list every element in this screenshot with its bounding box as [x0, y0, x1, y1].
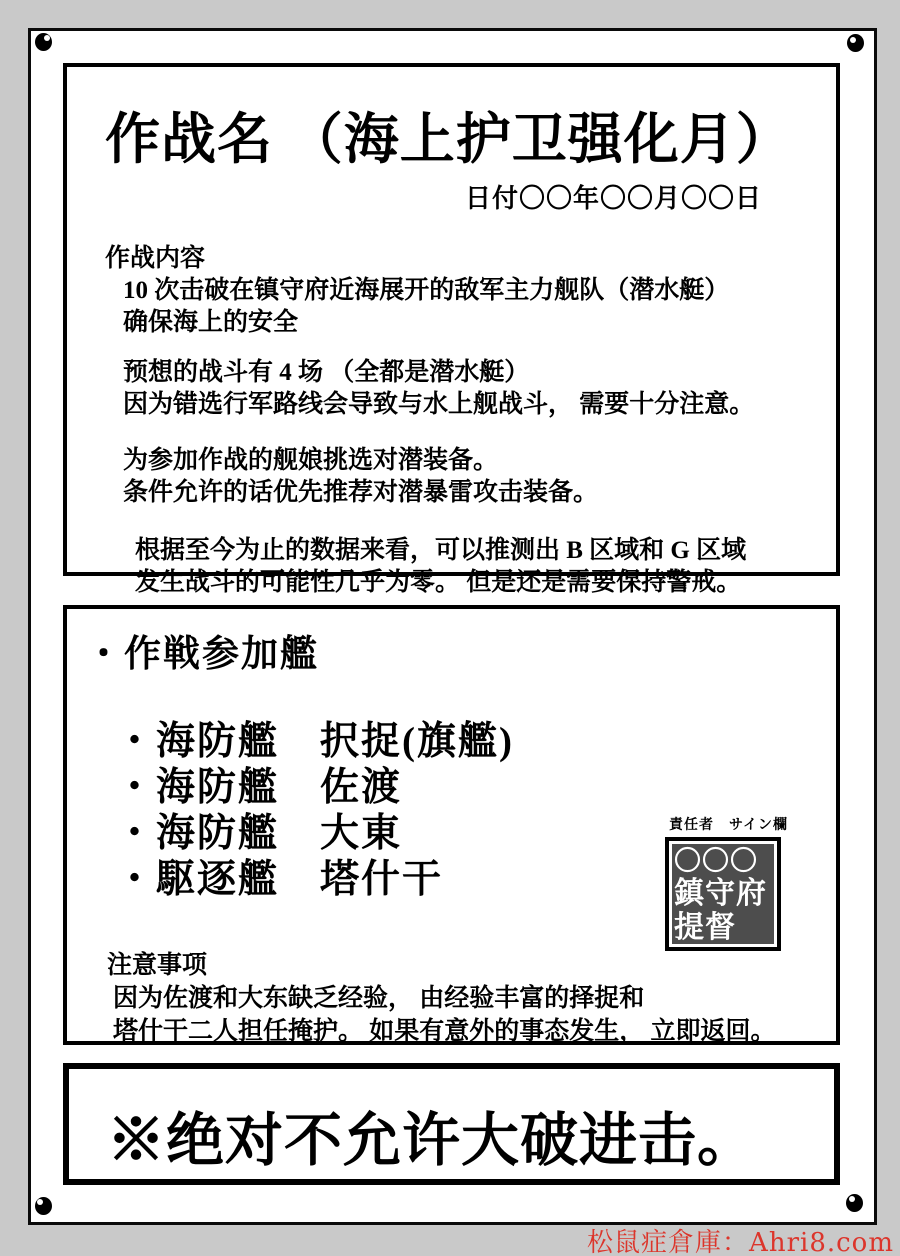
commander-stamp-face: 〇〇〇 鎮守府 提督 — [672, 844, 774, 944]
signature-area: 責任者 サイン欄 〇〇〇 鎮守府 提督 — [665, 814, 790, 951]
stamp-line: 鎮守府 — [674, 877, 772, 911]
operation-line: 因为错选行军路线会导致与水上舰战斗， 需要十分注意。 — [123, 389, 836, 421]
operation-line: 10 次击破在镇守府近海展开的敌军主力舰队（潜水艇） — [123, 275, 836, 307]
operation-order-box: 作战名 （海上护卫强化月） 日付〇〇年〇〇月〇〇日 作战内容 10 次击破在镇守… — [63, 63, 840, 576]
screw-top-right-icon — [847, 34, 864, 52]
notes-line: 因为佐渡和大东缺乏经验， 由经验丰富的择捉和 — [113, 982, 776, 1015]
fleet-box: ・作戦参加艦 ・海防艦 択捉(旗艦) ・海防艦 佐渡 ・海防艦 大東 ・駆逐艦 … — [63, 605, 840, 1045]
operation-line: 条件允许的话优先推荐对潜暴雷攻击装备。 — [123, 477, 836, 509]
operation-line: 预想的战斗有 4 场 （全都是潜水艇） — [123, 357, 836, 389]
operation-line: 根据至今为止的数据来看，可以推测出 B 区域和 G 区域 — [135, 535, 836, 567]
operation-line: 为参加作战的舰娘挑选对潜装备。 — [123, 445, 836, 477]
stamp-label: 責任者 サイン欄 — [669, 814, 790, 834]
operation-body: 作战内容 10 次击破在镇守府近海展开的敌军主力舰队（潜水艇） 确保海上的安全 … — [67, 243, 836, 599]
ship-list-item: ・海防艦 択捉(旗艦) — [115, 719, 836, 765]
operation-line: 发生战斗的可能性几乎为零。 但是还是需要保持警戒。 — [135, 567, 836, 599]
notes-heading: 注意事项 — [107, 949, 776, 982]
operation-title: 作战名 （海上护卫强化月） — [105, 95, 836, 174]
operation-date: 日付〇〇年〇〇月〇〇日 — [67, 178, 836, 215]
poster-sheet: 作战名 （海上护卫强化月） 日付〇〇年〇〇月〇〇日 作战内容 10 次击破在镇守… — [28, 28, 877, 1225]
ship-list-item: ・海防艦 佐渡 — [115, 765, 836, 811]
operation-content-heading: 作战内容 — [105, 243, 836, 275]
screw-top-left-icon — [35, 33, 52, 51]
warning-box: ※绝对不允许大破进击。 — [63, 1063, 840, 1185]
notes-line: 塔什干二人担任掩护。 如果有意外的事态发生， 立即返回。 — [113, 1015, 776, 1048]
watermark: 松鼠症倉庫：Ahri8.com — [587, 1222, 894, 1256]
warning-text: ※绝对不允许大破进击。 — [107, 1093, 834, 1177]
notes-section: 注意事项 因为佐渡和大东缺乏经验， 由经验丰富的择捉和 塔什干二人担任掩护。 如… — [67, 949, 776, 1048]
stamp-line: 提督 — [674, 911, 772, 945]
operation-line: 确保海上的安全 — [123, 307, 836, 339]
stamp-circles: 〇〇〇 — [674, 845, 772, 877]
commander-stamp: 〇〇〇 鎮守府 提督 — [665, 837, 781, 951]
screw-bottom-left-icon — [35, 1197, 52, 1215]
screw-bottom-right-icon — [846, 1194, 863, 1212]
fleet-heading: ・作戦参加艦 — [85, 623, 836, 677]
